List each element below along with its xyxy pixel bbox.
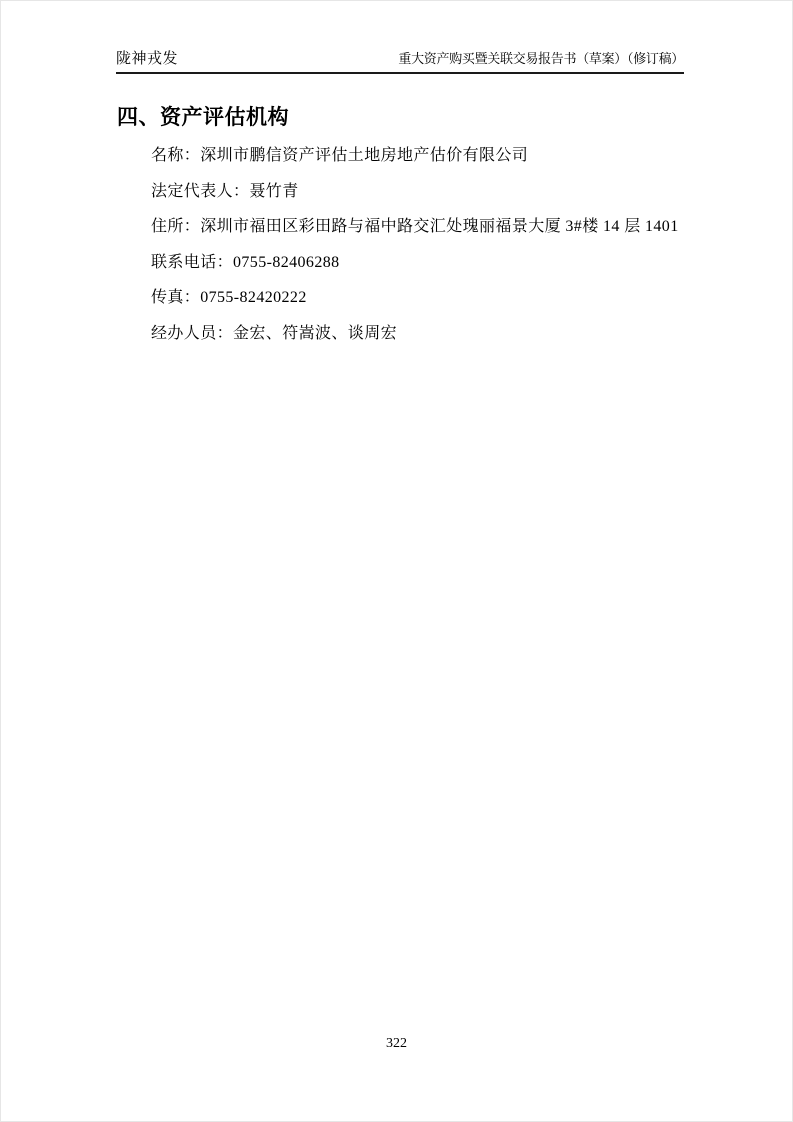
header-company-name: 陇神戎发 xyxy=(116,47,178,68)
section-heading: 四、资产评估机构 xyxy=(117,101,289,131)
section-body: 名称：深圳市鹏信资产评估土地房地产估价有限公司 法定代表人：聂竹青 住所：深圳市… xyxy=(151,138,691,351)
page-number: 322 xyxy=(386,1036,407,1051)
field-staff-line: 经办人员：金宏、符嵩波、谈周宏 xyxy=(151,316,691,352)
field-name-line: 名称：深圳市鹏信资产评估土地房地产估价有限公司 xyxy=(151,138,691,174)
page-header: 陇神戎发 重大资产购买暨关联交易报告书（草案）（修订稿） xyxy=(116,47,684,74)
header-report-title: 重大资产购买暨关联交易报告书（草案）（修订稿） xyxy=(398,48,684,67)
field-fax-line: 传真：0755-82420222 xyxy=(151,280,691,316)
document-page: 陇神戎发 重大资产购买暨关联交易报告书（草案）（修订稿） 四、资产评估机构 名称… xyxy=(0,0,793,1122)
page-footer: 322 xyxy=(0,1036,793,1052)
field-phone-line: 联系电话：0755-82406288 xyxy=(151,245,691,281)
field-address-line: 住所：深圳市福田区彩田路与福中路交汇处瑰丽福景大厦 3#楼 14 层 1401 xyxy=(151,209,691,245)
field-legal-representative-line: 法定代表人：聂竹青 xyxy=(151,174,691,210)
